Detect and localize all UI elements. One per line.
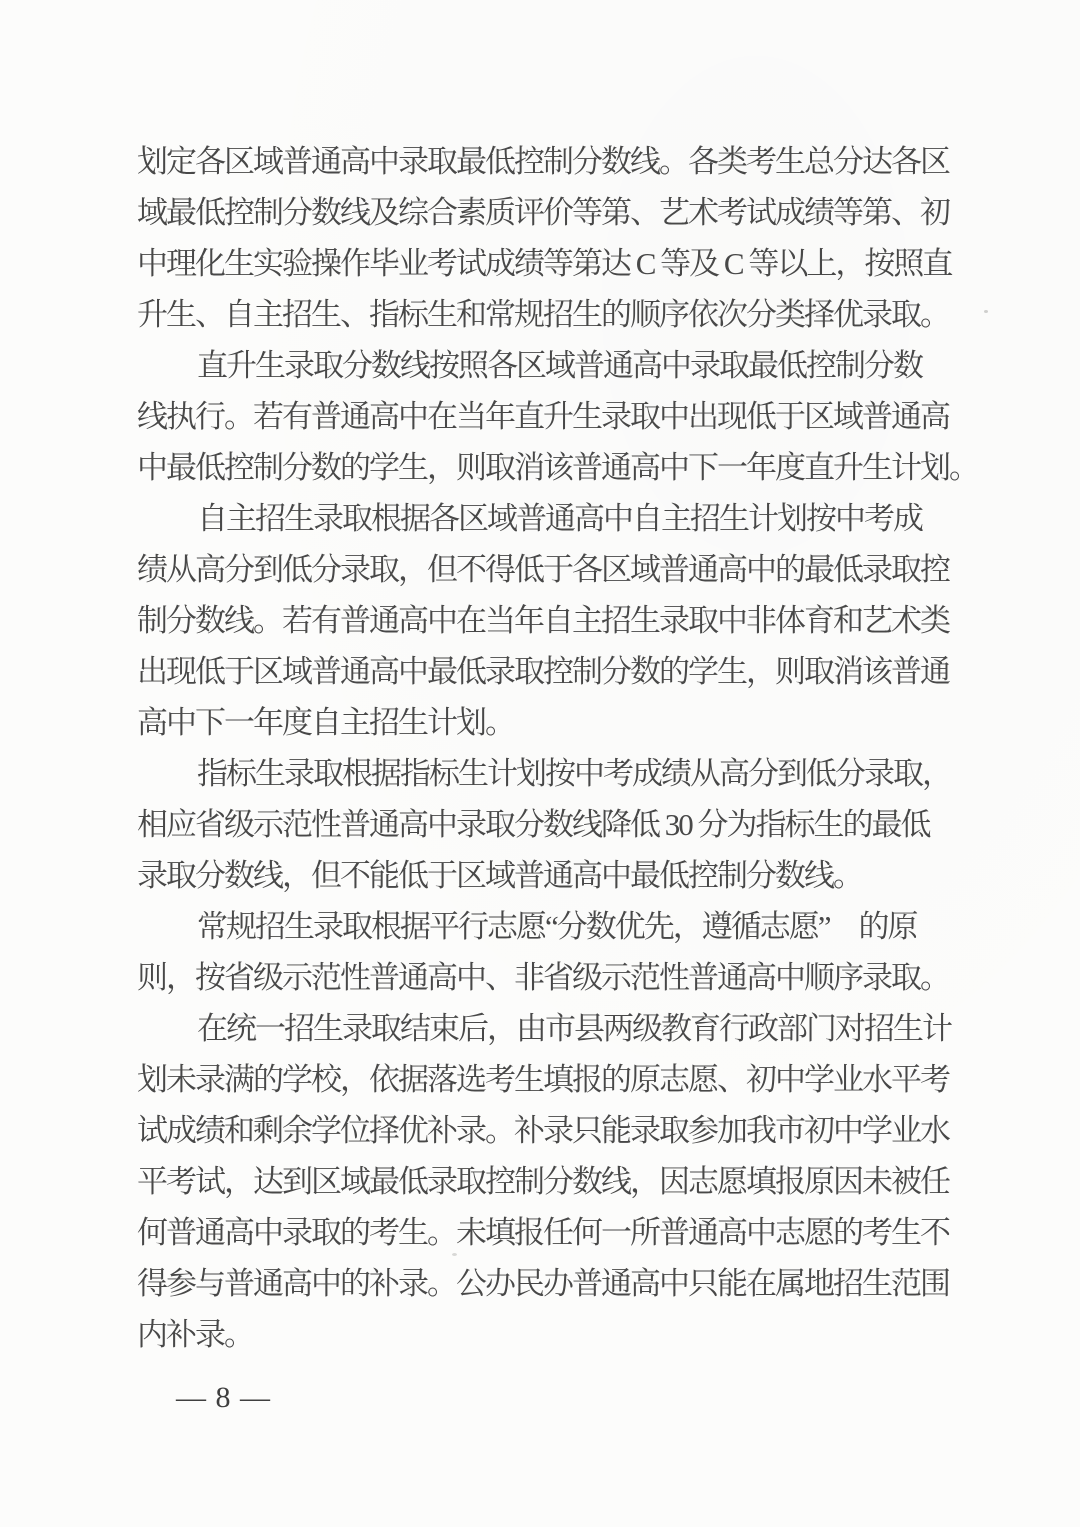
text-line: 出现低于区域普通高中最低录取控制分数的学生，则取消该普通 [137, 646, 952, 697]
text-line: 指标生录取根据指标生计划按中考成绩从高分到低分录取， [137, 748, 952, 799]
text-line: 线执行。若有普通高中在当年直升生录取中出现低于区域普通高 [137, 391, 952, 442]
text-line: 绩从高分到低分录取，但不得低于各区域普通高中的最低录取控 [137, 544, 952, 595]
text-line: 升生、自主招生、指标生和常规招生的顺序依次分类择优录取。 [137, 289, 952, 340]
text-line: 划定各区域普通高中录取最低控制分数线。各类考生总分达各区 [137, 136, 952, 187]
scan-speck [452, 1253, 457, 1256]
document-page: 划定各区域普通高中录取最低控制分数线。各类考生总分达各区域最低控制分数线及综合素… [0, 0, 1080, 1527]
text-line: 在统一招生录取结束后，由市县两级教育行政部门对招生计 [137, 1003, 952, 1054]
text-line: 相应省级示范性普通高中录取分数线降低 30 分为指标生的最低 [137, 799, 952, 850]
page-number: — 8 — [176, 1378, 271, 1418]
text-line: 得参与普通高中的补录。公办民办普通高中只能在属地招生范围 [137, 1258, 952, 1309]
document-body: 划定各区域普通高中录取最低控制分数线。各类考生总分达各区域最低控制分数线及综合素… [137, 136, 952, 1360]
text-line: 制分数线。若有普通高中在当年自主招生录取中非体育和艺术类 [137, 595, 952, 646]
text-line: 高中下一年度自主招生计划。 [137, 697, 952, 748]
text-line: 自主招生录取根据各区域普通高中自主招生计划按中考成 [137, 493, 952, 544]
scan-speck [984, 310, 988, 313]
text-line: 划未录满的学校，依据落选考生填报的原志愿、初中学业水平考 [137, 1054, 952, 1105]
text-line: 常规招生录取根据平行志愿“分数优先，遵循志愿” 的原 [137, 901, 952, 952]
text-line: 试成绩和剩余学位择优补录。补录只能录取参加我市初中学业水 [137, 1105, 952, 1156]
text-line: 中理化生实验操作毕业考试成绩等第达 C 等及 C 等以上，按照直 [137, 238, 952, 289]
text-line: 直升生录取分数线按照各区域普通高中录取最低控制分数 [137, 340, 952, 391]
text-line: 则，按省级示范性普通高中、非省级示范性普通高中顺序录取。 [137, 952, 952, 1003]
text-line: 中最低控制分数的学生，则取消该普通高中下一年度直升生计划。 [137, 442, 952, 493]
text-line: 录取分数线，但不能低于区域普通高中最低控制分数线。 [137, 850, 952, 901]
text-line: 域最低控制分数线及综合素质评价等第、艺术考试成绩等第、初 [137, 187, 952, 238]
text-line: 内补录。 [137, 1309, 952, 1360]
text-line: 何普通高中录取的考生。未填报任何一所普通高中志愿的考生不 [137, 1207, 952, 1258]
text-line: 平考试，达到区域最低录取控制分数线，因志愿填报原因未被任 [137, 1156, 952, 1207]
